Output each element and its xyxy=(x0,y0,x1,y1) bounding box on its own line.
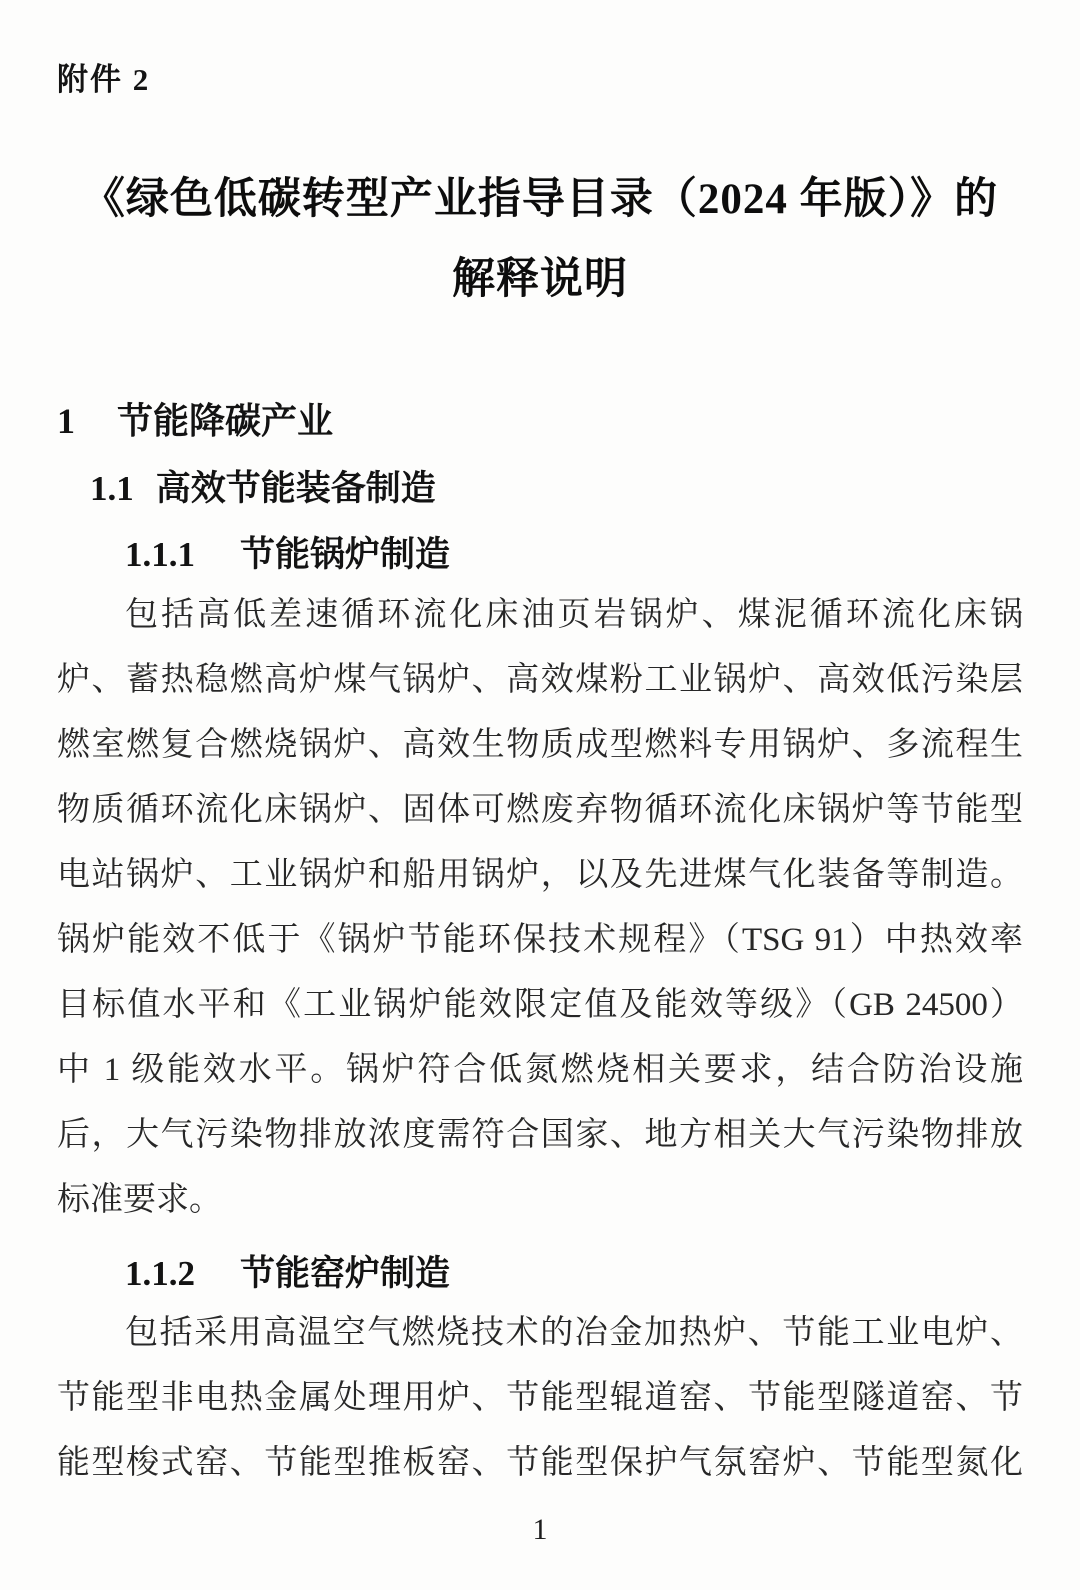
body-line: 包括采用高温空气燃烧技术的冶金加热炉、节能工业电炉、 xyxy=(57,1301,1023,1366)
paragraph-1: 包括高低差速循环流化床油页岩锅炉、煤泥循环流化床锅 炉、蓄热稳燃高炉煤气锅炉、高… xyxy=(57,583,1023,1233)
heading-number: 1 xyxy=(57,401,75,441)
heading-label: 节能锅炉制造 xyxy=(240,535,450,574)
document-title: 《绿色低碳转型产业指导目录（2024 年版）》的 解释说明 xyxy=(57,160,1023,320)
heading-label: 高效节能装备制造 xyxy=(156,469,436,508)
heading-number: 1.1 xyxy=(90,469,134,508)
heading-label: 节能窑炉制造 xyxy=(240,1254,450,1293)
heading-number: 1.1.1 xyxy=(125,535,195,574)
document-title-line1: 《绿色低碳转型产业指导目录（2024 年版）》的 xyxy=(57,160,1023,240)
body-line: 目标值水平和《工业锅炉能效限定值及能效等级》（GB 24500） xyxy=(57,973,1023,1038)
body-line: 节能型非电热金属处理用炉、节能型辊道窑、节能型隧道窑、节 xyxy=(57,1366,1023,1431)
document-title-line2: 解释说明 xyxy=(57,240,1023,320)
body-line: 后，大气污染物排放浓度需符合国家、地方相关大气污染物排放 xyxy=(57,1103,1023,1168)
page-number: 1 xyxy=(57,1510,1023,1550)
body-line: 物质循环流化床锅炉、固体可燃废弃物循环流化床锅炉等节能型 xyxy=(57,778,1023,843)
attachment-label: 附件 2 xyxy=(57,58,1023,102)
section-heading-1-1-1: 1.1.1节能锅炉制造 xyxy=(125,534,1023,576)
paragraph-2: 包括采用高温空气燃烧技术的冶金加热炉、节能工业电炉、 节能型非电热金属处理用炉、… xyxy=(57,1301,1023,1496)
heading-number: 1.1.2 xyxy=(125,1254,195,1293)
body-line: 炉、蓄热稳燃高炉煤气锅炉、高效煤粉工业锅炉、高效低污染层 xyxy=(57,648,1023,713)
document-page: 附件 2 《绿色低碳转型产业指导目录（2024 年版）》的 解释说明 1节能降碳… xyxy=(0,0,1080,1590)
section-heading-1: 1节能降碳产业 xyxy=(57,400,1023,442)
body-line: 中 1 级能效水平。锅炉符合低氮燃烧相关要求，结合防治设施 xyxy=(57,1038,1023,1103)
body-line: 锅炉能效不低于《锅炉节能环保技术规程》（TSG 91）中热效率 xyxy=(57,908,1023,973)
section-heading-1-1-2: 1.1.2节能窑炉制造 xyxy=(125,1253,1023,1295)
body-line: 电站锅炉、工业锅炉和船用锅炉，以及先进煤气化装备等制造。 xyxy=(57,843,1023,908)
body-line: 能型梭式窑、节能型推板窑、节能型保护气氛窑炉、节能型氮化 xyxy=(57,1431,1023,1496)
section-heading-1-1: 1.1高效节能装备制造 xyxy=(90,468,1023,510)
heading-label: 节能降碳产业 xyxy=(117,400,333,441)
body-line: 标准要求。 xyxy=(57,1168,1023,1233)
body-line: 包括高低差速循环流化床油页岩锅炉、煤泥循环流化床锅 xyxy=(57,583,1023,648)
body-line: 燃室燃复合燃烧锅炉、高效生物质成型燃料专用锅炉、多流程生 xyxy=(57,713,1023,778)
